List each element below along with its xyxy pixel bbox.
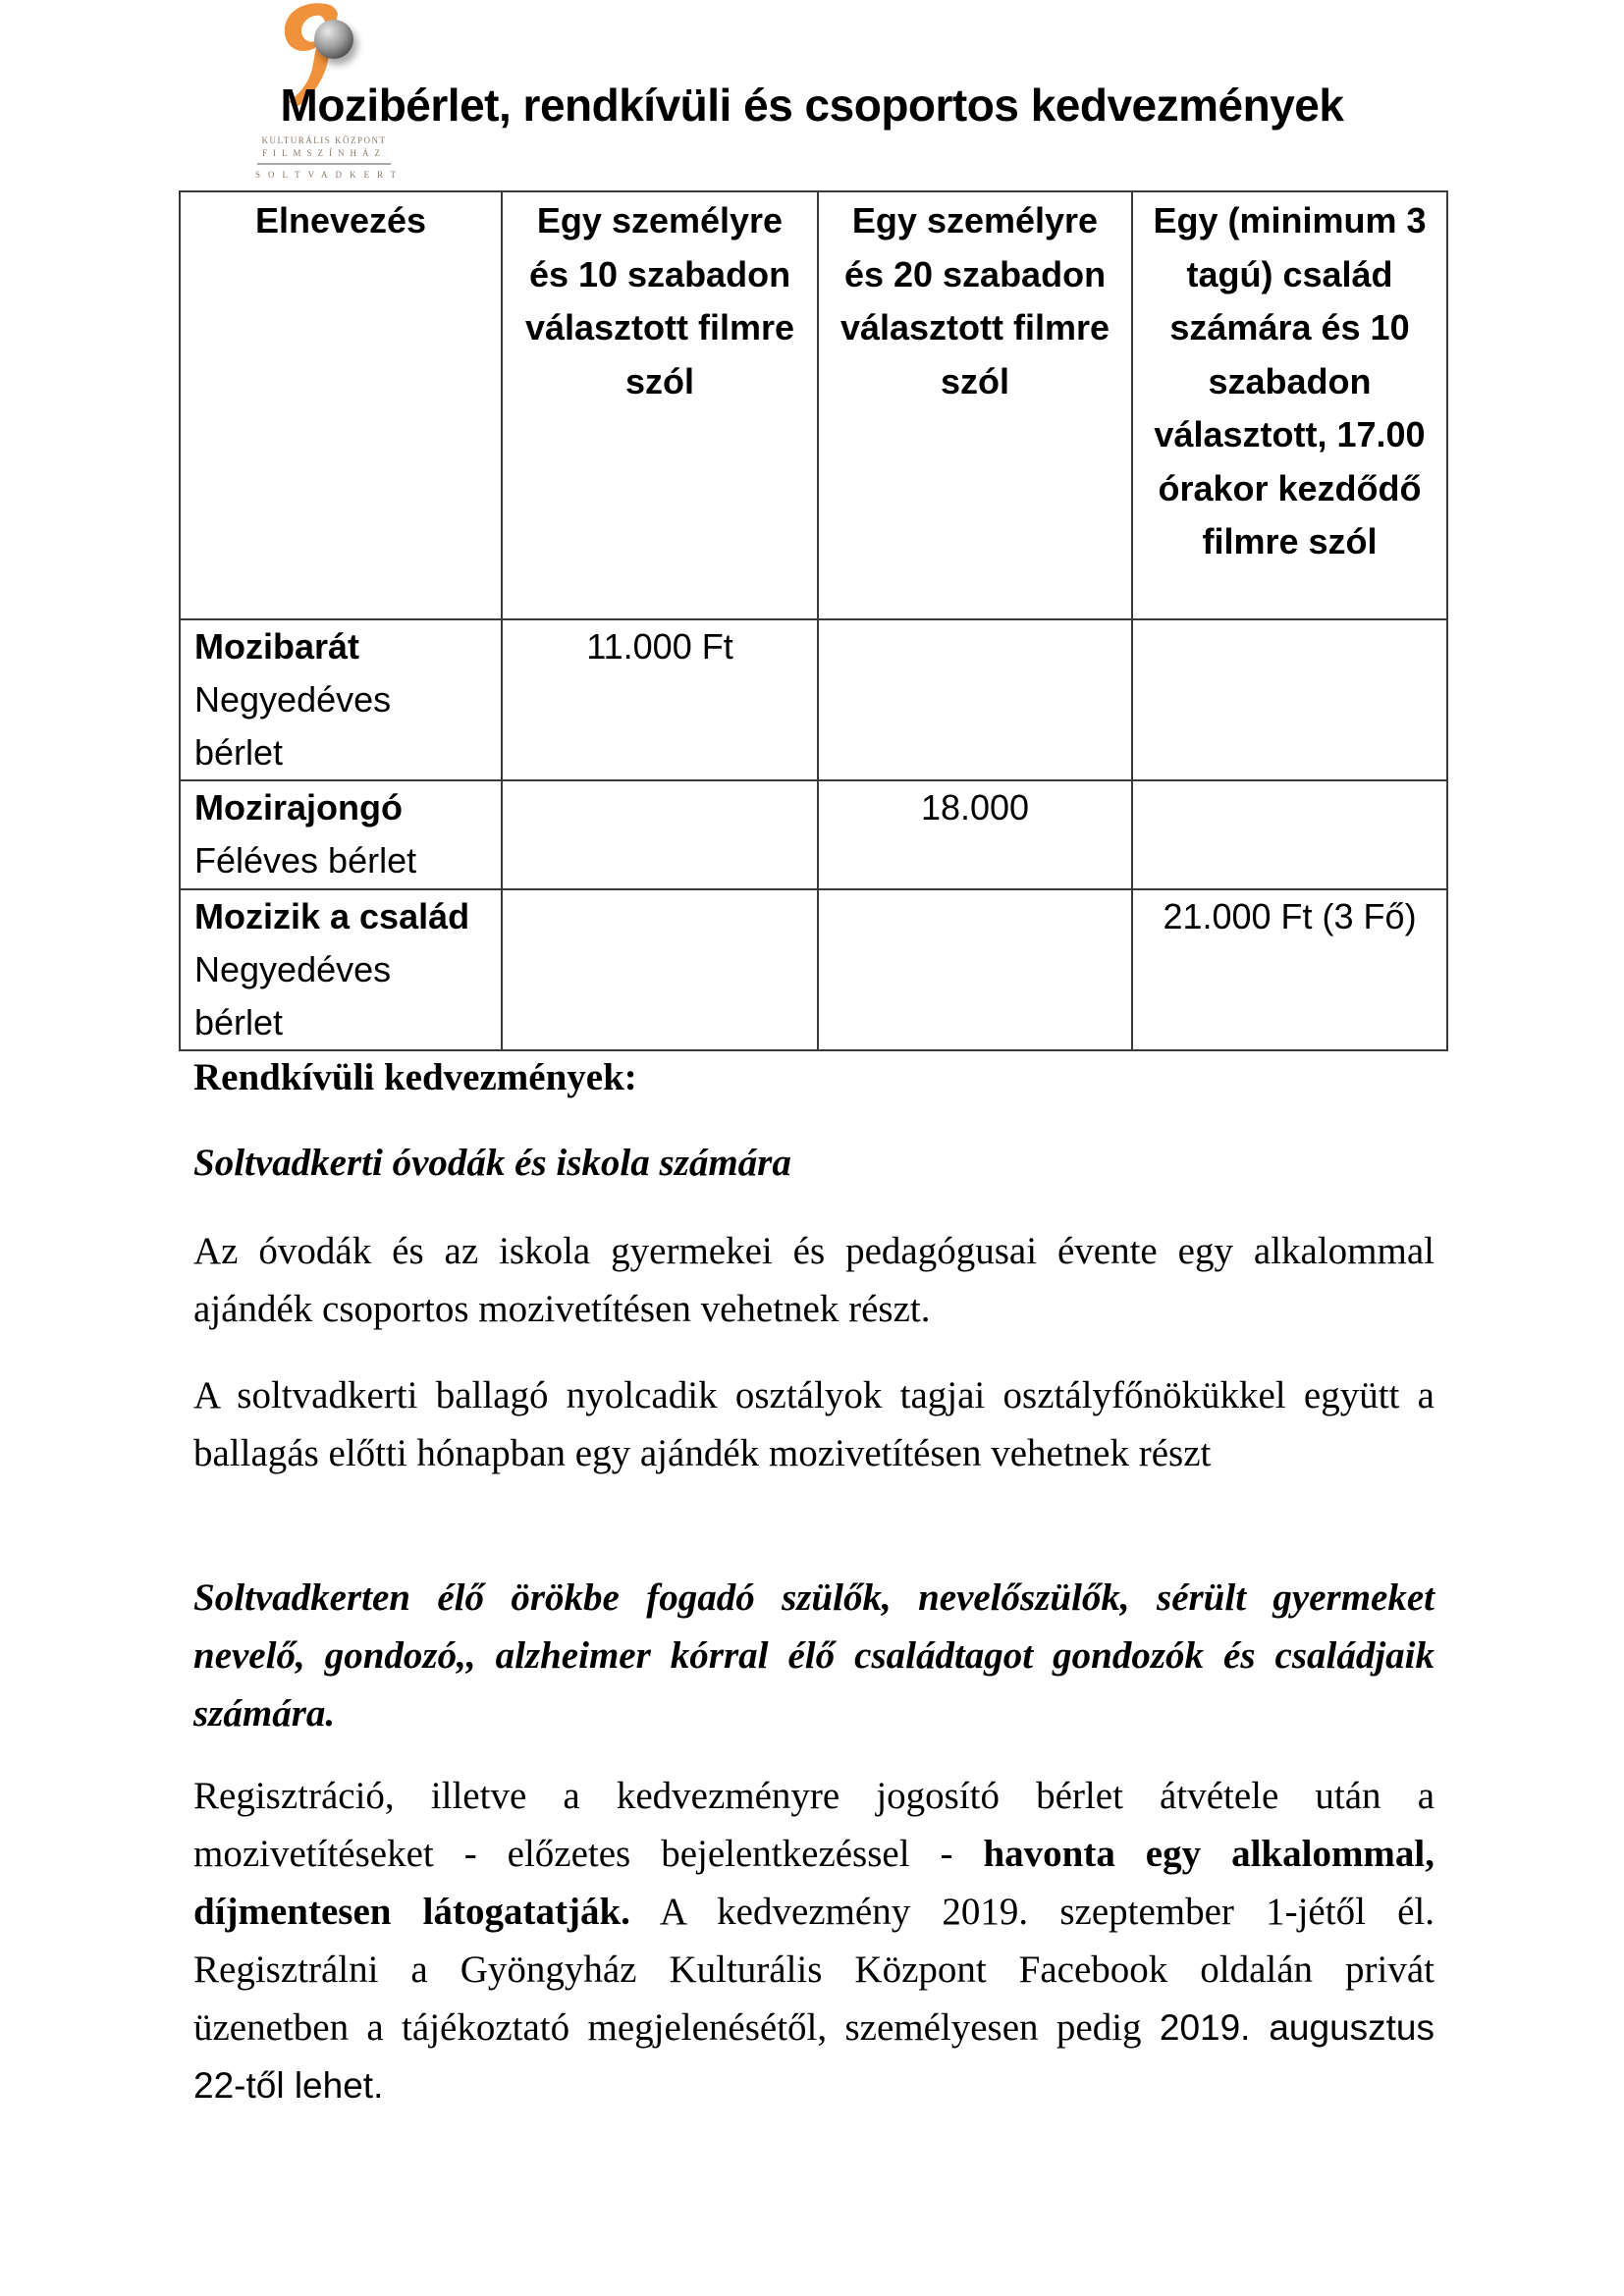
pass-name: Mozirajongó — [194, 781, 487, 834]
column-header-20-films: Egy személyre és 20 szabadon választott … — [818, 191, 1132, 619]
column-header-family: Egy (minimum 3 tagú) család számára és 1… — [1132, 191, 1447, 619]
table-row: Mozibarát Negyedéves bérlet 11.000 Ft — [180, 619, 1447, 780]
logo-ball-icon — [314, 20, 353, 59]
schools-paragraph-2: A soltvadkerti ballagó nyolcadik osztály… — [193, 1366, 1435, 1482]
price-cell: 21.000 Ft (3 Fő) — [1132, 889, 1447, 1050]
price-cell: 11.000 Ft — [502, 619, 818, 780]
pass-name: Mozizik a család — [194, 890, 487, 943]
column-header-10-films: Egy személyre és 10 szabadon választott … — [502, 191, 818, 619]
table-header-row: Elnevezés Egy személyre és 10 szabadon v… — [180, 191, 1447, 619]
page-title: Mozibérlet, rendkívüli és csoportos kedv… — [0, 79, 1624, 132]
families-heading: Soltvadkerten élő örökbe fogadó szülők, … — [193, 1569, 1435, 1742]
logo-subtitle-1: KULTURÁLIS KÖZPONT — [255, 135, 393, 145]
table-row: Mozirajongó Féléves bérlet 18.000 — [180, 780, 1447, 889]
price-cell — [502, 780, 818, 889]
column-header-name: Elnevezés — [180, 191, 502, 619]
schools-heading: Soltvadkerti óvodák és iskola számára — [193, 1141, 1435, 1185]
price-cell — [818, 619, 1132, 780]
price-cell — [502, 889, 818, 1050]
pass-type: Negyedéves bérlet — [194, 943, 487, 1049]
price-cell — [1132, 780, 1447, 889]
pass-name-cell: Mozirajongó Féléves bérlet — [180, 780, 502, 889]
pass-type: Negyedéves bérlet — [194, 673, 487, 779]
pass-name-cell: Mozibarát Negyedéves bérlet — [180, 619, 502, 780]
extra-discounts-heading: Rendkívüli kedvezmények: — [193, 1055, 1435, 1099]
pricing-table: Elnevezés Egy személyre és 10 szabadon v… — [179, 190, 1448, 1051]
table-row: Mozizik a család Negyedéves bérlet 21.00… — [180, 889, 1447, 1050]
registration-paragraph: Regisztráció, illetve a kedvezményre jog… — [193, 1767, 1435, 2114]
pass-name: Mozibarát — [194, 620, 487, 673]
price-cell — [818, 889, 1132, 1050]
logo-subtitle-2: FILMSZÍNHÁZ — [255, 148, 393, 158]
schools-paragraph-1: Az óvodák és az iskola gyermekei és peda… — [193, 1222, 1435, 1338]
price-cell — [1132, 619, 1447, 780]
pass-type: Féléves bérlet — [194, 834, 487, 887]
logo-divider — [257, 163, 391, 165]
pass-name-cell: Mozizik a család Negyedéves bérlet — [180, 889, 502, 1050]
price-cell: 18.000 — [818, 780, 1132, 889]
logo-subtitle-3: SOLTVADKERT — [255, 170, 393, 180]
